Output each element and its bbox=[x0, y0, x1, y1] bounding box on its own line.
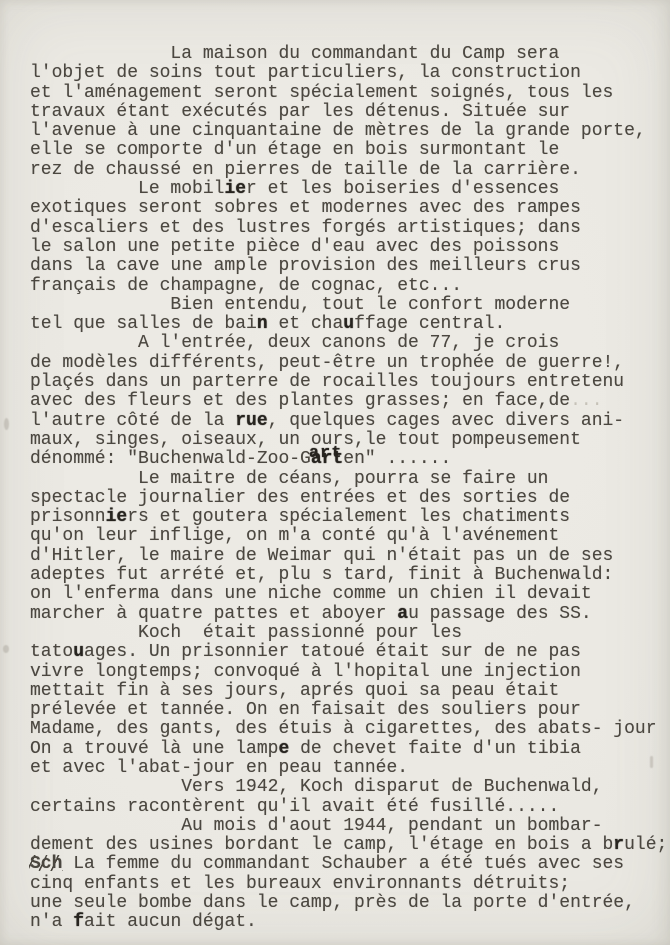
text-line: maux, singes, oiseaux, un ours,le tout p… bbox=[30, 431, 670, 450]
text-line: plaçés dans un parterre de rocailles tou… bbox=[30, 373, 670, 392]
text-segment: plaçés dans un parterre de rocailles tou… bbox=[30, 372, 624, 392]
text-line: La maison du commandant du Camp sera bbox=[30, 45, 670, 64]
text-line: avec des fleurs et des plantes grasses; … bbox=[30, 392, 670, 411]
text-line: A l'entrée, deux canons de 77, je crois bbox=[30, 334, 670, 353]
text-line: tatouages. Un prisonnier tatoué était su… bbox=[30, 643, 670, 662]
text-segment: et avec l'abat-jour en peau tannée. bbox=[30, 758, 408, 778]
text-segment: l'avenue à une cinquantaine de mètres de… bbox=[30, 121, 646, 141]
text-segment: marcher à quatre pattes et aboyer bbox=[30, 604, 397, 624]
text-segment: n'a bbox=[30, 912, 73, 932]
text-line: certains racontèrent qu'il avait été fus… bbox=[30, 798, 670, 817]
text-segment: La femme du commandant Schauber a été tu… bbox=[62, 854, 624, 874]
text-line: d'Hitler, le maire de Weimar qui n'était… bbox=[30, 547, 670, 566]
text-segment: avec des fleurs et des plantes grasses; … bbox=[30, 391, 570, 411]
text-line: Au mois d'aout 1944, pendant un bombar- bbox=[30, 817, 670, 836]
text-line: cinq enfants et les bureaux environnants… bbox=[30, 875, 670, 894]
text-segment: ait aucun dégat. bbox=[84, 912, 257, 932]
text-line: Le mobilier et les boiseries d'essences bbox=[30, 180, 670, 199]
text-segment: et cha bbox=[268, 314, 344, 334]
text-segment: dénommé: "Buchenwald-Zoo-G bbox=[30, 449, 311, 469]
text-line: Sch La femme du commandant Schauber a ét… bbox=[30, 855, 670, 874]
text-line: on l'enferma dans une niche comme un chi… bbox=[30, 585, 670, 604]
text-line: l'objet de soins tout particuliers, la c… bbox=[30, 64, 670, 83]
text-segment: Le mobil bbox=[30, 179, 224, 199]
text-line: dénommé: "Buchenwald-Zoo-Gartarten" ....… bbox=[30, 450, 670, 469]
text-line: une seule bombe dans le camp, près de la… bbox=[30, 894, 670, 913]
text-segment: mettait fin à ses jours, aprés quoi sa p… bbox=[30, 681, 559, 701]
text-line: spectacle journalier des entrées et des … bbox=[30, 489, 670, 508]
overstruck-text: n bbox=[257, 314, 268, 334]
text-line: prisonniers et goutera spécialement les … bbox=[30, 508, 670, 527]
text-segment: le salon une petite pièce d'eau avec des… bbox=[30, 237, 559, 257]
text-segment: spectacle journalier des entrées et des … bbox=[30, 488, 570, 508]
text-line: mettait fin à ses jours, aprés quoi sa p… bbox=[30, 682, 670, 701]
text-segment: adeptes fut arrété et, plu s tard, finit… bbox=[30, 565, 613, 585]
overstruck-text: ie bbox=[106, 507, 128, 527]
text-segment: rez de chaussé en pierres de taille de l… bbox=[30, 160, 581, 180]
text-line: de modèles différents, peut-être un trop… bbox=[30, 354, 670, 373]
text-segment: l'objet de soins tout particuliers, la c… bbox=[30, 63, 581, 83]
text-line: marcher à quatre pattes et aboyer au pas… bbox=[30, 605, 670, 624]
text-line: Madame, des gants, des étuis à cigarette… bbox=[30, 720, 670, 739]
overstruck-text: ie bbox=[224, 179, 246, 199]
text-segment: d'Hitler, le maire de Weimar qui n'était… bbox=[30, 546, 613, 566]
text-segment: ulé; bbox=[624, 835, 667, 855]
text-segment: Le maitre de céans, pourra se faire un bbox=[30, 469, 548, 489]
text-segment: dans la cave une ample provision des mei… bbox=[30, 256, 581, 276]
text-segment: certains racontèrent qu'il avait été fus… bbox=[30, 797, 559, 817]
paper-speck bbox=[3, 645, 9, 653]
text-segment: ffage central. bbox=[354, 314, 505, 334]
text-segment: prisonn bbox=[30, 507, 106, 527]
text-line: français de champagne, de cognac, etc... bbox=[30, 277, 670, 296]
text-line: dans la cave une ample provision des mei… bbox=[30, 257, 670, 276]
paper-speck bbox=[650, 756, 653, 768]
text-segment: On a trouvé là une lamp bbox=[30, 739, 278, 759]
text-line: d'escaliers et des lustres forgés artist… bbox=[30, 219, 670, 238]
text-segment: on l'enferma dans une niche comme un chi… bbox=[30, 584, 592, 604]
text-segment: Bien entendu, tout le confort moderne bbox=[30, 295, 570, 315]
text-segment: en" ...... bbox=[343, 449, 451, 469]
overstruck-text: u bbox=[73, 642, 84, 662]
text-segment: r et les boiseries d'essences bbox=[246, 179, 559, 199]
overtyped-correction-text: art bbox=[309, 444, 343, 463]
overstruck-text: r bbox=[613, 835, 624, 855]
text-segment: prélevée et tannée. On en faisait des so… bbox=[30, 700, 581, 720]
text-line: l'avenue à une cinquantaine de mètres de… bbox=[30, 122, 670, 141]
text-segment: La maison du commandant du Camp sera bbox=[30, 44, 559, 64]
overstruck-text: rue bbox=[235, 411, 267, 431]
text-segment: français de champagne, de cognac, etc... bbox=[30, 276, 462, 296]
text-line: exotiques seront sobres et modernes avec… bbox=[30, 199, 670, 218]
text-segment: Madame, des gants, des étuis à cigarette… bbox=[30, 719, 657, 739]
paper-speck bbox=[4, 418, 9, 430]
text-segment: exotiques seront sobres et modernes avec… bbox=[30, 198, 581, 218]
overstruck-text: f bbox=[73, 912, 84, 932]
text-segment: vivre longtemps; convoqué à l'hopital un… bbox=[30, 662, 581, 682]
text-line: On a trouvé là une lampe de chevet faite… bbox=[30, 740, 670, 759]
text-line: rez de chaussé en pierres de taille de l… bbox=[30, 161, 670, 180]
overstruck-text: e bbox=[278, 739, 289, 759]
struck-out-text: Sch bbox=[30, 854, 62, 874]
text-line: vivre longtemps; convoqué à l'hopital un… bbox=[30, 663, 670, 682]
text-line: n'a fait aucun dégat. bbox=[30, 913, 670, 932]
text-segment: , quelques cages avec divers ani- bbox=[268, 411, 624, 431]
text-segment: A l'entrée, deux canons de 77, je crois bbox=[30, 333, 559, 353]
text-line: adeptes fut arrété et, plu s tard, finit… bbox=[30, 566, 670, 585]
overstruck-text: u bbox=[343, 314, 354, 334]
text-segment: tato bbox=[30, 642, 73, 662]
text-segment: de chevet faite d'un tibia bbox=[289, 739, 581, 759]
text-line: l'autre côté de la rue, quelques cages a… bbox=[30, 412, 670, 431]
overstruck-text: a bbox=[397, 604, 408, 624]
text-segment: tel que salles de bai bbox=[30, 314, 257, 334]
typewritten-page: La maison du commandant du Camp seral'ob… bbox=[0, 0, 670, 945]
text-line: et avec l'abat-jour en peau tannée. bbox=[30, 759, 670, 778]
text-line: prélevée et tannée. On en faisait des so… bbox=[30, 701, 670, 720]
text-segment: Au mois d'aout 1944, pendant un bombar- bbox=[30, 816, 603, 836]
text-segment: et l'aménagement seront spécialement soi… bbox=[30, 83, 613, 103]
text-segment: Vers 1942, Koch disparut de Buchenwald, bbox=[30, 777, 603, 797]
text-segment: qu'on leur inflige, on m'a conté qu'à l'… bbox=[30, 526, 559, 546]
text-segment: cinq enfants et les bureaux environnants… bbox=[30, 874, 570, 894]
text-segment: rs et goutera spécialement les chatiment… bbox=[127, 507, 570, 527]
text-line: qu'on leur inflige, on m'a conté qu'à l'… bbox=[30, 527, 670, 546]
text-segment: de modèles différents, peut-être un trop… bbox=[30, 353, 624, 373]
text-segment: u passage des SS. bbox=[408, 604, 592, 624]
text-segment: une seule bombe dans le camp, près de la… bbox=[30, 893, 635, 913]
text-segment: elle se comporte d'un étage en bois surm… bbox=[30, 140, 559, 160]
text-line: elle se comporte d'un étage en bois surm… bbox=[30, 141, 670, 160]
text-line: dement des usines bordant le camp, l'éta… bbox=[30, 836, 670, 855]
text-line: et l'aménagement seront spécialement soi… bbox=[30, 84, 670, 103]
text-line: Koch était passionné pour les bbox=[30, 624, 670, 643]
text-line: travaux étant exécutés par les détenus. … bbox=[30, 103, 670, 122]
text-line: Le maitre de céans, pourra se faire un bbox=[30, 470, 670, 489]
text-line: tel que salles de bain et chauffage cent… bbox=[30, 315, 670, 334]
overtyped-correction: artart bbox=[311, 450, 343, 469]
text-line: Bien entendu, tout le confort moderne bbox=[30, 296, 670, 315]
text-segment: dement des usines bordant le camp, l'éta… bbox=[30, 835, 613, 855]
faint-text: ... bbox=[570, 391, 602, 411]
text-segment: travaux étant exécutés par les détenus. … bbox=[30, 102, 570, 122]
text-segment: Koch était passionné pour les bbox=[30, 623, 462, 643]
text-line: le salon une petite pièce d'eau avec des… bbox=[30, 238, 670, 257]
text-segment: maux, singes, oiseaux, un ours,le tout p… bbox=[30, 430, 581, 450]
text-line: Vers 1942, Koch disparut de Buchenwald, bbox=[30, 778, 670, 797]
text-segment: ages. Un prisonnier tatoué était sur de … bbox=[84, 642, 581, 662]
text-segment: l'autre côté de la bbox=[30, 411, 235, 431]
text-segment: d'escaliers et des lustres forgés artist… bbox=[30, 218, 581, 238]
